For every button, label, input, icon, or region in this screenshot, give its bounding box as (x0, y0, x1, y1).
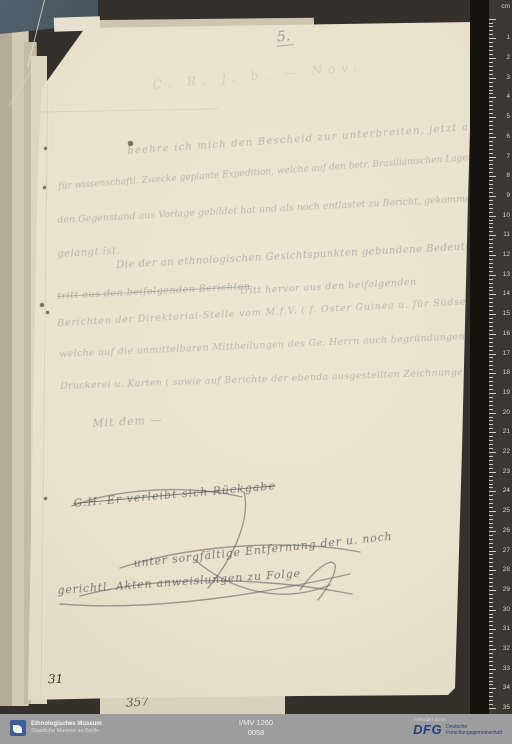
ruler-number: 22 (503, 449, 510, 455)
ruler-tick (489, 342, 493, 343)
ruler-tick (489, 472, 496, 473)
ruler-tick (489, 279, 493, 280)
ruler-tick (489, 681, 493, 682)
ruler-tick (489, 34, 493, 35)
ruler-tick (489, 129, 493, 130)
ruler-tick (489, 330, 493, 331)
ruler-number: 13 (503, 272, 510, 278)
scan-viewport: 357 5. C. R. J. b. — Nov.beehre ich mich… (0, 0, 512, 744)
ruler-number: 12 (503, 252, 510, 258)
ruler-tick (489, 82, 493, 83)
ruler-tick (489, 464, 493, 465)
manuscript-text-line: C. R. J. b. — Nov. (152, 60, 363, 92)
ruler-number: 4 (506, 94, 510, 100)
ruler-number: 11 (503, 232, 510, 238)
ruler-tick (489, 19, 496, 20)
ruler-tick (489, 669, 496, 670)
ruler-tick (489, 621, 493, 622)
ruler-number: 15 (503, 311, 510, 317)
ruler-number: 9 (506, 193, 510, 199)
ruler-tick (489, 361, 493, 362)
ruler-number: 19 (503, 390, 510, 396)
manuscript-text-line: tritt aus den beifolgenden Berichten (57, 281, 251, 302)
page-number: 5. (275, 28, 294, 47)
ruler-number: 35 (503, 705, 510, 711)
ruler-tick (489, 97, 496, 98)
ruler-tick (489, 602, 493, 603)
ruler-number: 23 (503, 469, 510, 475)
ruler-tick (489, 637, 493, 638)
ruler-tick (489, 460, 493, 461)
ruler-tick (489, 629, 496, 630)
stitch-hole (40, 303, 44, 307)
ruler-number: 31 (503, 626, 510, 632)
ruler-tick (489, 551, 496, 552)
ruler-number: 7 (506, 154, 510, 160)
ruler-tick (489, 480, 493, 481)
ruler-tick (489, 373, 496, 374)
ruler-tick (489, 113, 493, 114)
ruler-tick (489, 294, 496, 295)
manuscript-text-line: welche auf die unmittelbaren Mittheilung… (59, 330, 505, 360)
ruler-number: 8 (506, 173, 510, 179)
ruler-tick (489, 491, 496, 492)
ruler-tick (489, 625, 493, 626)
ruler-tick (489, 74, 493, 75)
ruler-tick (489, 495, 493, 496)
ruler-tick (489, 50, 493, 51)
ruler-tick (489, 688, 496, 689)
ruler-tick (489, 271, 493, 272)
manuscript-text-line: Berichten der Direktorial-Stelle vom M.f… (57, 296, 481, 329)
ruler-tick (489, 539, 493, 540)
ruler-tick (489, 547, 493, 548)
ruler-tick (489, 204, 493, 205)
ruler-tick (489, 586, 493, 587)
ruler-tick (489, 468, 493, 469)
ruler-tick (489, 263, 493, 264)
ruler-tick (489, 357, 493, 358)
ruler-tick (489, 62, 493, 63)
ruler-tick (489, 200, 493, 201)
ruler-tick (489, 70, 493, 71)
ruler-number: 25 (503, 508, 510, 514)
ruler-tick (489, 377, 493, 378)
ruler-tick (489, 220, 493, 221)
ruler-tick (489, 192, 493, 193)
ruler-tick (489, 519, 493, 520)
ruler-tick (489, 401, 493, 402)
ruler-tick (489, 428, 493, 429)
ruler-tick (489, 160, 493, 161)
ruler-tick (489, 562, 493, 563)
ruler-tick (489, 196, 496, 197)
ruler-tick (489, 109, 493, 110)
ruler-tick (489, 302, 493, 303)
ruler-tick (489, 523, 493, 524)
ruler-tick (489, 381, 493, 382)
ruler-tick (489, 184, 493, 185)
ruler-tick (489, 66, 493, 67)
ruler-tick (489, 606, 493, 607)
ruler-tick (489, 54, 493, 55)
ruler-tick (489, 487, 493, 488)
ruler-tick (489, 283, 493, 284)
ruler-tick (489, 554, 493, 555)
dfg-name: Deutsche Forschungsgemeinschaft (446, 724, 502, 736)
ruler-tick (489, 141, 493, 142)
ruler-tick (489, 259, 493, 260)
ruler-tick (489, 677, 493, 678)
stitch-hole (44, 147, 47, 150)
ruler-tick (489, 507, 493, 508)
ruler-tick (489, 653, 493, 654)
ruler-tick (489, 700, 493, 701)
ruler-tick (489, 145, 493, 146)
ruler-tick (489, 176, 496, 177)
ruler-tick (489, 157, 496, 158)
ruler-tick (489, 216, 496, 217)
ruler-tick (489, 168, 493, 169)
ruler-tick (489, 527, 493, 528)
ruler-tick (489, 314, 496, 315)
ruler-tick (489, 290, 493, 291)
ruler-tick (489, 566, 493, 567)
ruler-number: 2 (506, 55, 510, 61)
ruler-tick (489, 397, 493, 398)
ruler-number: 5 (506, 114, 510, 120)
ruler-tick (489, 117, 496, 118)
dfg-abbr: DFG (413, 723, 442, 736)
ruler-number: 34 (503, 685, 510, 691)
ruler-number: 6 (506, 134, 510, 140)
ruler-tick (489, 432, 496, 433)
manuscript-text-line: Die der an ethnologischen Gesichtspunkte… (116, 241, 486, 271)
ruler-tick (489, 590, 496, 591)
ruler-tick (489, 389, 493, 390)
ruler-tick (489, 369, 493, 370)
ruler-tick (489, 247, 493, 248)
ruler-tick (489, 121, 493, 122)
stitch-hole (43, 186, 46, 189)
ruler-tick (489, 578, 493, 579)
ruler-tick (489, 354, 496, 355)
ruler-tick (489, 614, 493, 615)
ruler-number: 20 (503, 410, 510, 416)
dfg-logo: Gefördert durch DFG Deutsche Forschungsg… (413, 717, 502, 736)
ruler-tick (489, 239, 493, 240)
ruler-tick (489, 125, 493, 126)
ruler-tick (489, 484, 493, 485)
ruler-tick (489, 231, 493, 232)
ruler-tick (489, 503, 493, 504)
manuscript-text-line: Mit dem — (92, 413, 163, 430)
ruler-tick (489, 440, 493, 441)
ruler-tick (489, 287, 493, 288)
ruler-tick (489, 208, 493, 209)
ruler-tick (489, 133, 493, 134)
ruler-tick (489, 515, 493, 516)
ruler-number: 1 (506, 35, 510, 41)
page-crease (38, 108, 218, 112)
ruler-tick (489, 649, 496, 650)
ruler-tick (489, 212, 493, 213)
ruler-tick (489, 93, 493, 94)
ruler-number: 29 (503, 587, 510, 593)
ruler-number: 10 (503, 213, 510, 219)
ruler-tick (489, 255, 496, 256)
ruler-tick (489, 326, 493, 327)
ruler-number: 27 (503, 548, 510, 554)
ruler-tick (489, 188, 493, 189)
stitch-hole (44, 497, 47, 500)
ruler-tick (489, 641, 493, 642)
ruler-tick (489, 661, 493, 662)
ruler-tick (489, 673, 493, 674)
ruler-tick (489, 535, 493, 536)
ruler-tick (489, 322, 493, 323)
ruler-tick (489, 180, 493, 181)
ruler-number: 28 (503, 567, 510, 573)
page-crease (41, 84, 49, 692)
ruler-tick (489, 420, 493, 421)
ruler-number: 21 (503, 429, 510, 435)
ruler-tick (489, 570, 496, 571)
ruler-tick (489, 633, 493, 634)
ruler-number: 24 (503, 488, 510, 494)
ruler-number: 16 (503, 331, 510, 337)
ruler-tick (489, 456, 493, 457)
ruler-tick (489, 692, 493, 693)
ruler-tick (489, 105, 493, 106)
ruler-tick (489, 38, 496, 39)
ruler-tick (489, 298, 493, 299)
ruler-tick (489, 511, 496, 512)
scan-gap (470, 0, 489, 714)
ruler-tick (489, 58, 496, 59)
manuscript-text-line: tritt hervor aus den beifolgenden (240, 277, 417, 297)
ruler-tick (489, 424, 493, 425)
manuscript-text-line: beehre ich mich den Bescheid zur unterbr… (127, 121, 483, 157)
manuscript-page: 5. C. R. J. b. — Nov.beehre ich mich den… (0, 0, 512, 744)
ruler-number: 14 (503, 291, 510, 297)
ruler-tick (489, 137, 496, 138)
ruler-tick (489, 350, 493, 351)
ruler-tick (489, 684, 493, 685)
ruler-tick (489, 558, 493, 559)
ruler-tick (489, 30, 493, 31)
ruler-tick (489, 645, 493, 646)
ruler-number: 30 (503, 607, 510, 613)
ruler-tick (489, 444, 493, 445)
manuscript-text-line: unter sorgfältige Entfernung der u. noch (133, 530, 393, 570)
ruler-tick (489, 610, 496, 611)
ruler-unit-label: cm (501, 3, 510, 10)
ruler-tick (489, 531, 496, 532)
ruler-tick (489, 338, 493, 339)
ruler-tick (489, 42, 493, 43)
ruler-tick (489, 582, 493, 583)
ruler-tick (489, 223, 493, 224)
ruler-tick (489, 417, 493, 418)
ruler-tick (489, 385, 493, 386)
ruler-tick (489, 78, 496, 79)
ruler-tick (489, 243, 493, 244)
ruler-tick (489, 275, 496, 276)
measurement-ruler: cm 1234567891011121314151617181920212223… (489, 0, 512, 714)
ruler-tick (489, 574, 493, 575)
manuscript-text-line: gerichtl. Akten anweislungen zu Folge (57, 567, 301, 597)
ruler-tick (489, 598, 493, 599)
ruler-number: 32 (503, 646, 510, 652)
ruler-tick (489, 436, 493, 437)
ruler-tick (489, 665, 493, 666)
ruler-tick (489, 413, 496, 414)
ruler-tick (489, 405, 493, 406)
ruler-tick (489, 452, 496, 453)
ruler-tick (489, 708, 496, 709)
stitch-hole (46, 311, 49, 314)
folio-number: 31 (48, 672, 64, 687)
ruler-tick (489, 149, 493, 150)
manuscript-text-line: gelangt ist. (57, 246, 121, 260)
stitch-hole (128, 141, 133, 146)
ruler-tick (489, 227, 493, 228)
ruler-tick (489, 365, 493, 366)
ruler-tick (489, 594, 493, 595)
ruler-number: 26 (503, 528, 510, 534)
ruler-tick (489, 310, 493, 311)
manuscript-text-line: den Gegenstand aus Vorlage gebildet hat … (57, 193, 477, 226)
ruler-tick (489, 657, 493, 658)
ruler-tick (489, 26, 493, 27)
ruler-tick (489, 448, 493, 449)
ruler-tick (489, 46, 493, 47)
ruler-tick (489, 90, 493, 91)
ruler-tick (489, 499, 493, 500)
ruler-tick (489, 393, 496, 394)
ruler-tick (489, 306, 493, 307)
ruler-tick (489, 86, 493, 87)
ruler-tick (489, 23, 493, 24)
ruler-tick (489, 318, 493, 319)
ruler-tick (489, 617, 493, 618)
ruler-tick (489, 346, 493, 347)
ruler-tick (489, 267, 493, 268)
ruler-tick (489, 101, 493, 102)
ruler-tick (489, 476, 493, 477)
ruler-number: 3 (506, 75, 510, 81)
ruler-tick (489, 235, 496, 236)
ruler-tick (489, 172, 493, 173)
ruler-tick (489, 153, 493, 154)
manuscript-text-line: G.H. Er verleibt sich Rückgabe (73, 479, 276, 510)
ruler-tick (489, 543, 493, 544)
ruler-tick (489, 334, 496, 335)
manuscript-text-line: Druckerei u. Karten ( sowie auf Berichte… (60, 366, 477, 392)
ruler-number: 33 (503, 666, 510, 672)
ruler-number: 18 (503, 370, 510, 376)
manuscript-text-line: für wissenschaftl. Zwecke geplante Exped… (58, 153, 474, 192)
ruler-tick (489, 409, 493, 410)
ruler-tick (489, 251, 493, 252)
ruler-tick (489, 704, 493, 705)
ruler-tick (489, 164, 493, 165)
ruler-number: 17 (503, 351, 510, 357)
ruler-tick (489, 696, 493, 697)
footer-bar: Ethnologisches Museum Staatliche Museen … (0, 714, 512, 744)
